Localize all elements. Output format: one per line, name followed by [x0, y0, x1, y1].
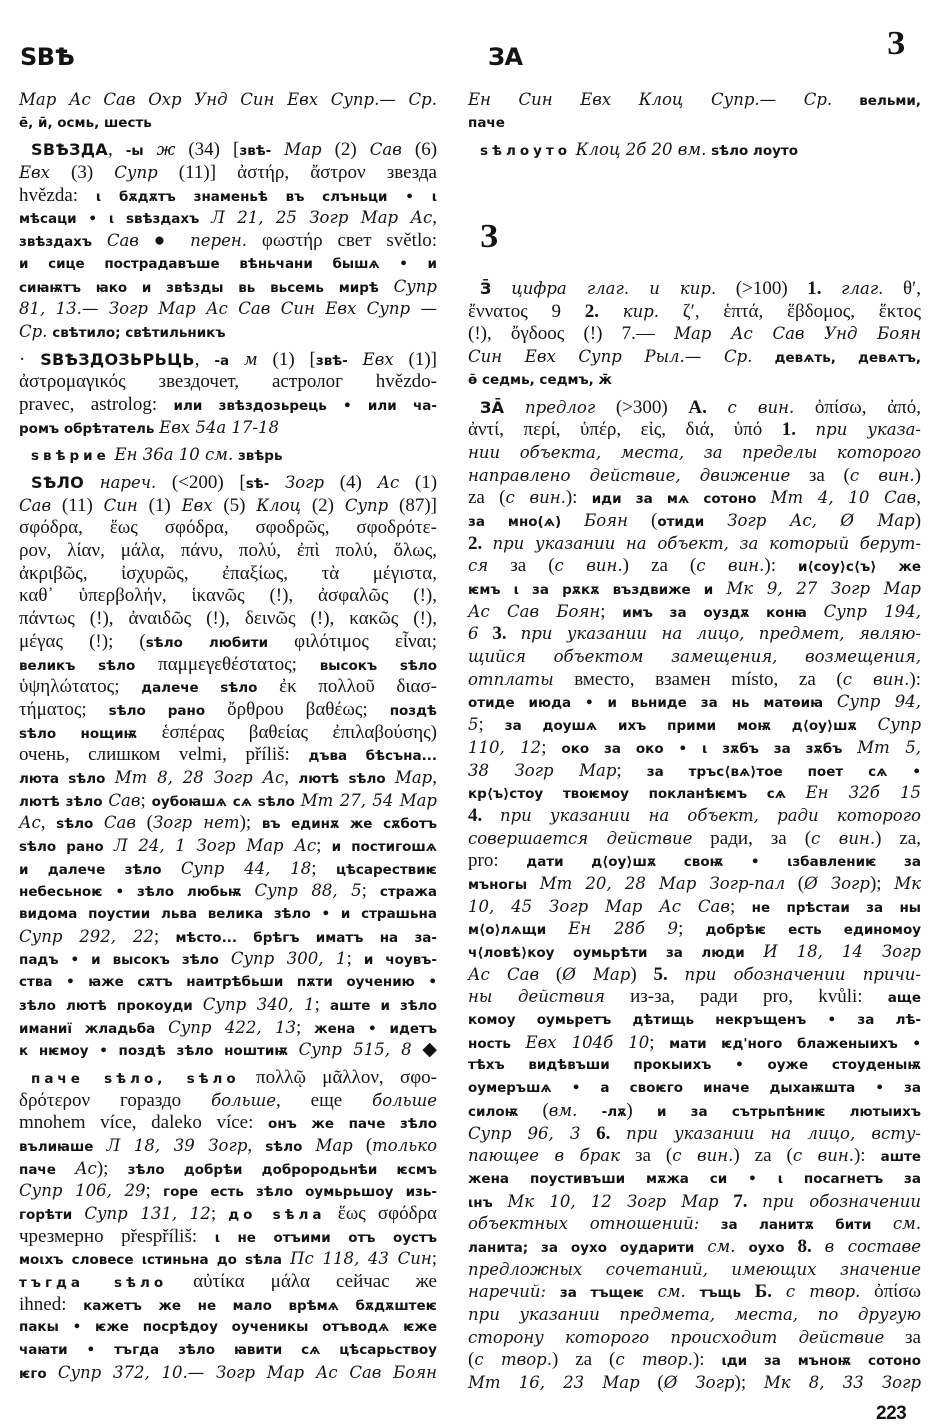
text-line: ἀκριβῶς, ἰσχυρῶς, ἐπαξίως, τὰ μέγιστα, — [19, 563, 437, 586]
italic-annotation: Мк 9, 27 Зогр Мар — [726, 579, 921, 598]
text-run: ihned: — [19, 1294, 83, 1315]
text-run: , — [195, 349, 215, 370]
italic-annotation: Супр — [394, 277, 437, 296]
text-run: , еще — [276, 1090, 372, 1111]
text-line: ἔννατος 9 2. кир. ζ′, ἑπτά, ἕβδομος, ἕκτ… — [468, 301, 921, 324]
headword: ЗА̄ — [480, 398, 504, 417]
text-run: (3) — [50, 162, 114, 183]
italic-annotation: при указании на объект, ради которого — [500, 806, 921, 825]
text-line: жена поустивъши мѫжа си • ι посагнетъ за — [468, 1168, 921, 1191]
text-line: горѣти Супр 131, 12; до ѕѣла ἕως σφόδρα — [19, 1203, 437, 1226]
text-line: З̄ цифра глаг. и кир. (>100) 1. глаг. θ′… — [468, 278, 921, 301]
text-line: ἀστρομαγικός звездочет, астролог hvězdo- — [19, 371, 437, 394]
ocs-citation: моιхъ словесе ιстиньна до ѕѣла — [19, 1252, 290, 1268]
ocs-citation: ѕѣло любити — [146, 635, 268, 651]
text-line: Син Евх Супр Рыл.— Ср. девѧть, девѧтъ, — [468, 346, 921, 369]
text-line: пающее в брак за (с вин.) za (с вин.): а… — [468, 1145, 921, 1168]
dictionary-entry: ѕѣлоуто Клоц 2б 20 вм. ѕѣло лоуто — [468, 139, 921, 162]
ocs-citation: ιди за мъноѭ сотоно — [721, 1353, 921, 1369]
text-line: комоу оумьретъ дѣтищь некръщенъ • за лѣ- — [468, 1009, 921, 1032]
text-line: небесьноѥ • зѣло любьѭ Супр 88, 5; страж… — [19, 880, 437, 903]
ocs-citation: ства • ꙗже сѫтъ наитрѣбьши пѫти оучению … — [19, 974, 437, 990]
text-line: ѕѣло рано Л 24, 1 Зогр Мар Ас; и постиго… — [19, 835, 437, 858]
text-line: моιхъ словесе ιстиньна до ѕѣла Пс 118, 4… — [19, 1248, 437, 1271]
text-line: πάντως (!), ἀναιδῶς (!), δεινῶς (!), κακ… — [19, 608, 437, 631]
ocs-citation: ιнъ — [468, 1195, 507, 1211]
italic-annotation: Клоц — [256, 496, 301, 515]
ocs-citation: мъногы — [468, 877, 540, 893]
ocs-citation: ѕѣло лоуто — [711, 143, 798, 159]
text-run: ) — [915, 465, 921, 486]
ocs-citation: ѕѣло рано — [19, 839, 114, 855]
italic-annotation: Зогр Ас, Ø Мар — [727, 511, 914, 530]
text-line: 38 Зогр Мар; за тръс⟨вѧ⟩тое поет сѧ • — [468, 760, 921, 783]
ocs-citation: оумеръшѧ • а своѥго иначе дыхаѭшта • за — [468, 1080, 921, 1096]
text-line: Ас Сав Боян; имъ за оуздѫ конꙗ Супр 194, — [468, 601, 921, 624]
text-line: 5; за доушѧ ихъ прими моѭ д⟨оу⟩шѫ Супр — [468, 714, 921, 737]
running-head-letter: З — [887, 27, 905, 61]
italic-annotation: Ø Зогр — [664, 1373, 735, 1392]
text-line: · ЅВѢЗДОЗЬРЬЦЬ, -а м (1) [звѣ- Евх (1)] — [19, 349, 437, 372]
italic-annotation: м — [244, 350, 258, 369]
italic-annotation: Супр 106, 29 — [19, 1181, 146, 1200]
ocs-citation: не прѣстаи за ны — [752, 900, 921, 916]
ocs-citation: тѣхъ видѣвъши прокыихъ • оуже стоуденыѭ — [468, 1057, 921, 1073]
italic-annotation: щийся объектом замещения, возмещения, — [468, 647, 921, 666]
sense-number: 8. — [797, 1236, 811, 1257]
text-line: καθ᾽ ὑπερβολήν, ἱκανῶς (!), ἀσφαλῶς (!), — [19, 585, 437, 608]
page-number: 223 — [876, 1404, 906, 1423]
italic-annotation: предлог — [525, 398, 595, 417]
text-run: ; — [678, 918, 705, 939]
italic-annotation: Супр 96, 3 — [468, 1124, 580, 1143]
text-line: сиꙗѭтъ ꙗко и звѣзды вь вьсемь мирѣ Супр — [19, 276, 437, 299]
italic-annotation: отплаты — [468, 670, 554, 689]
sense-number: Б. — [755, 1281, 772, 1302]
ocs-citation: далече ѕѣло — [141, 680, 257, 696]
text-line: совершается действие ради, за (с вин.) z… — [468, 828, 921, 851]
text-run: ) za, — [875, 828, 921, 849]
text-line: нии объекта, места, за пределы которого — [468, 442, 921, 465]
italic-annotation: Мар — [395, 768, 432, 787]
text-run: ( — [628, 510, 657, 531]
text-run: ) — [915, 510, 921, 531]
text-line: сторону которого происходит действие за — [468, 1327, 921, 1350]
text-run: (5) — [213, 495, 257, 516]
ocs-citation: ность — [468, 1036, 526, 1052]
text-run: ● — [139, 230, 190, 251]
text-line: ѥмъ ι за рѫкѫ въздвиже и Мк 9, 27 Зогр М… — [468, 578, 921, 601]
ocs-citation: ѕѣло — [56, 816, 104, 832]
text-run: ; — [140, 790, 151, 811]
text-run — [479, 623, 493, 644]
italic-annotation: с вин. — [555, 556, 623, 575]
text-run: ; — [649, 1032, 669, 1053]
text-run: ) za ( — [552, 1349, 615, 1370]
italic-annotation: при указании на лицо, предмет, являю- — [521, 624, 921, 643]
italic-annotation: Мар Ас Сав Унд Боян — [674, 324, 921, 343]
italic-annotation: Мар — [315, 1136, 352, 1155]
italic-annotation: 38 Зогр Мар — [468, 761, 616, 780]
italic-annotation: при указа- — [816, 420, 921, 439]
text-line: μέγας (!); (ѕѣло любити φιλότιμος εἶναι; — [19, 631, 437, 654]
text-line: ἀντί, περί, ὑπέρ, εἰς, διά, ὑπό 1. при у… — [468, 419, 921, 442]
italic-annotation: Сав — [19, 496, 51, 515]
text-line: (с твор.) za (с твор.): ιди за мъноѭ сот… — [468, 1349, 921, 1372]
dictionary-entry: Ен Син Евх Клоц Супр.— Ср. вельми,паче — [468, 89, 921, 134]
italic-annotation: 81, 13.— Зогр Мар Ас Сав Син Евх Супр — — [19, 299, 437, 318]
ocs-citation: видома поустии льва велика зѣло • и стра… — [19, 906, 437, 922]
subheadword: тъгда ѕѣло — [19, 1275, 167, 1291]
text-run: (>300) — [595, 397, 688, 418]
italic-annotation: 10, 45 Зогр Мар Ас Сав — [468, 897, 730, 916]
italic-annotation: при обозначении — [762, 1192, 921, 1211]
ocs-citation: иди за мѧ сотоно — [592, 491, 771, 507]
text-run — [348, 349, 363, 370]
text-run: ) — [626, 1100, 657, 1121]
ocs-citation: и за сътрьпѣниѥ лютыихъ — [657, 1104, 921, 1120]
text-line: кр⟨ъ⟩стоу твоѥмоу покланѣѥмъ сѧ Ен 32б 1… — [468, 782, 921, 805]
italic-annotation: Ас Сав Боян — [468, 602, 600, 621]
text-run: ради, за ( — [692, 828, 811, 849]
text-run: hvězda: — [19, 185, 96, 206]
italic-annotation: с вин. — [793, 1146, 854, 1165]
ocs-citation: ι бѫдѫтъ знаменьѣ въ слъньци • ι — [96, 189, 437, 205]
ocs-citation: пакы • ѥже посрѣдоу оученикы отъводѧ ѥже — [19, 1319, 437, 1335]
ocs-citation: ромъ обрѣтатель — [19, 421, 159, 437]
text-run: πάντως (!), ἀναιδῶς (!), δεινῶς (!), κακ… — [19, 608, 437, 629]
text-line: ὑψηλώτατος; далече ѕѣло ἐκ πολλοῦ διασ- — [19, 676, 437, 699]
italic-annotation: Ас Сав — [468, 965, 539, 984]
text-line: ρον, λίαν, μάλα, πάνυ, πολύ, ἐπὶ πολύ, ὅ… — [19, 540, 437, 563]
italic-annotation: Л 24, 1 Зогр Мар Ас — [114, 836, 316, 855]
italic-annotation: Ас — [19, 813, 41, 832]
ocs-citation: небесьноѥ • зѣло любьѭ — [19, 884, 254, 900]
text-line: пакы • ѥже посрѣдоу оученикы отъводѧ ѥже — [19, 1316, 437, 1339]
text-run: (11)] ἀστήρ, ἄστρον звезда — [158, 162, 437, 183]
text-run: ; — [616, 760, 646, 781]
ocs-citation: ч⟨ловѣ⟩коу оумьрѣти за люди — [468, 945, 763, 961]
ocs-citation: ѕѣ- — [246, 476, 270, 492]
italic-annotation: Мт 20, 28 Мар Зогр-пал — [540, 874, 785, 893]
text-line: отиде июда • и вьниде за нь матѳиꙗ Супр … — [468, 691, 921, 714]
text-run: из-за, ради pro, kvůli: — [605, 986, 888, 1007]
sense-number: 7. — [733, 1191, 747, 1212]
text-run: (4) — [324, 472, 377, 493]
ocs-citation: ѥго — [19, 1366, 58, 1382]
italic-annotation: совершается действие — [468, 829, 692, 848]
text-line: ѥго Супр 372, 10.— Зогр Мар Ас Сав Боян — [19, 1362, 437, 1385]
italic-annotation: Супр — [878, 715, 921, 734]
text-run: ἑσπέρας βαθείας ἐπιλαβούσης) — [137, 722, 437, 743]
text-run: (11) — [51, 495, 104, 516]
subheadword: паче ѕѣло, ѕѣло — [31, 1071, 240, 1087]
italic-annotation: наречий: — [468, 1282, 546, 1301]
italic-annotation: Сав — [104, 813, 136, 832]
text-line: лютѣ зѣло Сав; оубоꙗшѧ сѧ ѕѣло Мт 27, 54… — [19, 790, 437, 813]
text-line: Евх (3) Супр (11)] ἀστήρ, ἄστρον звезда — [19, 162, 437, 185]
text-run: ; — [600, 601, 622, 622]
text-run: παμμεγεθέστατος; — [135, 654, 319, 675]
text-line: ность Евх 104б 10; мати ѥд'ного блаженыи… — [468, 1032, 921, 1055]
italic-annotation: Супр 292, 22 — [19, 927, 154, 946]
italic-annotation: см. — [893, 1214, 921, 1233]
text-run: ; — [316, 835, 332, 856]
italic-annotation: с вин. — [850, 466, 915, 485]
text-line: тѣхъ видѣвъши прокыихъ • оуже стоуденыѭ — [468, 1054, 921, 1077]
ocs-citation: за тъщеѥ — [560, 1285, 658, 1301]
text-line: вълиꙗше Л 18, 39 Зогр, ѕѣло Мар (только — [19, 1135, 437, 1158]
text-run — [822, 278, 842, 299]
text-run — [699, 1213, 720, 1234]
text-run: , — [247, 1135, 265, 1156]
ocs-citation: стража — [380, 884, 437, 900]
italic-annotation: только — [372, 1136, 437, 1155]
sense-number: 1. — [782, 419, 796, 440]
text-run: , — [108, 139, 126, 160]
text-run: , — [432, 207, 437, 228]
text-run: ; — [541, 737, 561, 758]
italic-annotation: с вин. — [843, 670, 910, 689]
text-line: Ср. свѣтило; свѣтильникъ — [19, 321, 437, 344]
italic-annotation: вм. — [549, 1101, 578, 1120]
ocs-citation: сиꙗѭтъ ꙗко и звѣзды вь вьсемь мирѣ — [19, 280, 394, 296]
ocs-citation: ι не отъими отъ оустъ — [215, 1230, 437, 1246]
text-run: ( — [136, 812, 153, 833]
text-run: ; — [362, 880, 380, 901]
ocs-citation: паче — [19, 1162, 75, 1178]
text-run: (>100) — [716, 278, 807, 299]
text-run: (2) — [322, 139, 370, 160]
text-line: δρότερον гораздо больше, еще больше — [19, 1090, 437, 1113]
italic-annotation: объектных отношений: — [468, 1214, 699, 1233]
text-run: ; — [146, 1180, 164, 1201]
ocs-citation: око за око • ι зѫбъ за зѫбъ — [561, 741, 857, 757]
text-run — [482, 805, 500, 826]
text-run: ); — [735, 1372, 764, 1393]
ocs-citation: дъва бѣсъна... — [308, 748, 437, 764]
italic-annotation: Евх — [182, 496, 213, 515]
ocs-citation: отиди — [657, 514, 727, 530]
ocs-citation: ѳ̄ седмь, седмъ, ж̄ — [468, 372, 612, 388]
ocs-citation: девѧть, девѧтъ, — [775, 350, 921, 366]
italic-annotation: Мк 8, 33 Зогр — [764, 1373, 921, 1392]
text-run: ): — [909, 669, 921, 690]
italic-annotation: ся — [468, 556, 488, 575]
italic-annotation: перен. — [190, 231, 247, 250]
ocs-citation: дати д⟨оу⟩шѫ своѭ • ιзбавлениѥ за — [526, 854, 921, 870]
sense-number: 4. — [468, 805, 482, 826]
italic-annotation: с твор. — [786, 1282, 861, 1301]
text-run: δρότερον гораздо — [19, 1090, 211, 1111]
text-line: Ен Син Евх Клоц Супр.— Ср. вельми, — [468, 89, 921, 112]
right-column: Ен Син Евх Клоц Супр.— Ср. вельми,пачеѕѣ… — [468, 89, 921, 1395]
ocs-citation: онъ же паче зѣло — [268, 1116, 437, 1132]
italic-annotation: Супр 131, 12 — [84, 1204, 210, 1223]
ocs-citation: мѣсто... брѣгъ иматъ на за- — [176, 930, 438, 946]
italic-annotation: при обозначении причи- — [685, 965, 921, 984]
ocs-citation: люта ѕѣло — [19, 771, 115, 787]
text-line: τήματος; ѕѣло рано ὄρθρου βαθέως; поздѣ — [19, 699, 437, 722]
italic-annotation: Мк — [894, 874, 921, 893]
text-line: чрезмерно přespříliš: ι не отъими отъ оу… — [19, 1226, 437, 1249]
dictionary-entry: ЅВѢЗДА, -ы ж (34) [звѣ- Мар (2) Сав (6)Е… — [19, 139, 437, 343]
text-run: за ( — [488, 555, 554, 576]
text-run: ; — [315, 994, 330, 1015]
text-run: ἀκριβῶς, ἰσχυρῶς, ἐπαξίως, τὰ μέγιστα, — [19, 563, 437, 584]
text-run: ἔννατος 9 — [468, 301, 585, 322]
ocs-citation: к нѥмоу • поздѣ зѣло ноштиѭ — [19, 1043, 299, 1059]
text-run: αὐτίκα μάλα сейчас же — [167, 1271, 437, 1292]
text-run: ; — [730, 896, 752, 917]
italic-annotation: Супр 94, — [837, 692, 921, 711]
ocs-citation: ланита; за оухо оударити — [468, 1240, 707, 1256]
text-run — [271, 139, 284, 160]
ocs-citation: ѥмъ ι за рѫкѫ въздвиже и — [468, 582, 726, 598]
sense-number: 3. — [492, 623, 506, 644]
text-run: ρον, λίαν, μάλα, πάνυ, πολύ, ἐπὶ πολύ, ὅ… — [19, 540, 437, 561]
text-run — [504, 397, 525, 418]
ocs-citation: въ единѫ же сѫботъ — [262, 816, 437, 832]
text-run: ; — [479, 714, 505, 735]
italic-annotation: Супр 88, 5 — [254, 881, 361, 900]
italic-annotation: Мт 8, 28 Зогр Ас — [115, 768, 285, 787]
ocs-citation: падъ • и высокъ зѣло — [19, 952, 231, 968]
italic-annotation: Клоц 2б 20 вм. — [576, 140, 707, 159]
text-line: za (с вин.): иди за мѧ сотоно Мт 4, 10 С… — [468, 487, 921, 510]
text-run — [144, 139, 157, 160]
text-line: Супр 96, 3 6. при указании на лицо, всту… — [468, 1123, 921, 1146]
text-run — [492, 278, 512, 299]
italic-annotation: при указании предмета, места, по другую — [468, 1305, 921, 1324]
text-run: · — [19, 349, 40, 370]
ocs-citation: жена • идетъ — [314, 1021, 437, 1037]
italic-annotation: Ø Зогр — [804, 874, 870, 893]
italic-annotation: с вин. — [811, 829, 875, 848]
sense-number: 5. — [653, 964, 667, 985]
text-run: очень, слишком velmi, příliš: — [19, 744, 308, 765]
text-run: ); — [240, 812, 262, 833]
ocs-citation: горѣти — [19, 1207, 84, 1223]
text-line: м⟨о⟩лѧщи Ен 28б 9; добрѣѥ есть единомоу — [468, 918, 921, 941]
italic-annotation: Мт 5, — [857, 738, 921, 757]
text-run — [580, 1123, 596, 1144]
text-run: ὀπίσω — [860, 1281, 921, 1302]
ocs-citation: звѣздахъ — [19, 234, 107, 250]
text-line: щийся объектом замещения, возмещения, — [468, 646, 921, 669]
text-line: mnohem více, daleko více: онъ же паче зѣ… — [19, 1112, 437, 1135]
text-run: , — [916, 487, 921, 508]
italic-annotation: Евх 104б 10 — [526, 1033, 650, 1052]
italic-annotation: кир. — [623, 302, 659, 321]
text-run: (!), ὄγδοος (!) 7.— — [468, 323, 674, 344]
text-line: ѳ̄ седмь, седмъ, ж̄ — [468, 369, 921, 392]
text-run — [507, 623, 521, 644]
italic-annotation: ны действия — [468, 987, 605, 1006]
ocs-citation: аште — [881, 1149, 921, 1165]
italic-annotation: Сав — [108, 791, 140, 810]
text-line: за мно(ѧ) Боян (отиди Зогр Ас, Ø Мар) — [468, 510, 921, 533]
text-line: при указании предмета, места, по другую — [468, 1304, 921, 1327]
text-line: очень, слишком velmi, příliš: дъва бѣсън… — [19, 744, 437, 767]
subheadword: ѕвѣрие — [31, 448, 110, 464]
italic-annotation: сторону которого происходит действие — [468, 1328, 884, 1347]
text-run: μέγας (!); ( — [19, 631, 146, 652]
ocs-citation: за доушѧ ихъ прими моѭ д⟨оу⟩шѫ — [505, 718, 878, 734]
text-run: πολλῷ μᾶλλον, σφο- — [240, 1067, 437, 1088]
ocs-citation: е̄, ӣ, осмь, шесть — [19, 115, 152, 131]
ocs-citation: иманиї жладьба — [19, 1021, 168, 1037]
italic-annotation: Супр 44, 18 — [181, 859, 311, 878]
ocs-citation: аще — [888, 990, 921, 1006]
text-run: (<200) [ — [156, 472, 245, 493]
italic-annotation: Л 18, 39 Зогр — [107, 1136, 248, 1155]
ocs-citation: -а — [214, 353, 229, 369]
italic-annotation: Сав — [107, 231, 139, 250]
italic-annotation: Зогр — [285, 473, 324, 492]
text-line: ѕѣло нощиѭ ἑσπέρας βαθείας ἐπιλαβούσης) — [19, 722, 437, 745]
text-run — [735, 1236, 748, 1257]
italic-annotation: Син Евх Супр Рыл.— Ср. — [468, 347, 752, 366]
italic-annotation: И 18, 14 Зогр — [763, 942, 921, 961]
text-line: и сице пострадавъше вѣньчани бышѧ • и — [19, 253, 437, 276]
running-head-left: ЅВѢ — [20, 45, 74, 69]
ocs-citation: высокъ ѕѣло — [320, 658, 437, 674]
italic-annotation: направлено действие, движение — [468, 466, 790, 485]
text-run: ) za ( — [733, 1145, 793, 1166]
ocs-citation: зѣло добрѣи доброродьнѣи ѥсмъ — [128, 1162, 437, 1178]
text-line: 110, 12; око за око • ι зѫбъ за зѫбъ Мт … — [468, 737, 921, 760]
italic-annotation: в составе — [825, 1237, 921, 1256]
section-letter-heading: З — [468, 162, 921, 278]
ocs-citation: за ланитѫ бити — [721, 1217, 893, 1233]
italic-annotation: глаг. — [841, 279, 883, 298]
text-run: θ′, — [883, 278, 921, 299]
italic-annotation: предложных сочетаний, имеющих значение — [468, 1260, 921, 1279]
text-line: видома поустии льва велика зѣло • и стра… — [19, 903, 437, 926]
text-run: φιλότιμος εἶναι; — [268, 631, 437, 652]
text-line: ромъ обрѣтатель Евх 54а 17-18 — [19, 417, 437, 440]
subheadword: ѕѣлоуто — [480, 143, 571, 159]
italic-annotation: пающее в брак — [468, 1146, 620, 1165]
ocs-citation: лютѣ зѣло — [19, 794, 108, 810]
sense-number: 6. — [596, 1123, 610, 1144]
italic-annotation: см. — [658, 1282, 686, 1301]
italic-annotation: больше — [372, 1091, 437, 1110]
text-line: ч⟨ловѣ⟩коу оумьрѣти за люди И 18, 14 Зог… — [468, 941, 921, 964]
ocs-citation: за тръс⟨вѧ⟩тое поет сѧ • — [647, 764, 921, 780]
italic-annotation: Супр 194, — [824, 602, 921, 621]
text-line: мъногы Мт 20, 28 Мар Зогр-пал (Ø Зогр); … — [468, 873, 921, 896]
text-line: ѕвѣрие Ен 36а 10 см. звѣрь — [19, 444, 437, 467]
italic-annotation: нии объекта, места, за пределы которого — [468, 443, 921, 462]
text-run: ἐκ πολλοῦ διασ- — [257, 676, 437, 697]
dictionary-entry: Мар Ас Сав Охр Унд Син Евх Супр.— Ср.е̄,… — [19, 89, 437, 134]
text-run — [668, 964, 685, 985]
headword: ЅВѢЗДОЗЬРЬЦЬ — [40, 350, 195, 369]
text-run: ): — [854, 1145, 881, 1166]
text-run: , — [432, 767, 437, 788]
text-line: hvězda: ι бѫдѫтъ знаменьѣ въ слъньци • ι — [19, 185, 437, 208]
ocs-citation: лютѣ ѕѣло — [298, 771, 395, 787]
text-run: φωστήρ свет světlo: — [247, 230, 437, 251]
italic-annotation: Пс 118, 43 Син — [290, 1249, 432, 1268]
text-line: Мт 16, 23 Мар (Ø Зогр); Мк 8, 33 Зогр — [468, 1372, 921, 1395]
text-line: отплаты вместо, взамен místo, za (с вин.… — [468, 669, 921, 692]
italic-annotation: с вин. — [727, 398, 794, 417]
text-run: ζ′, ἑπτά, ἕβδομος, ἕκτος — [659, 301, 921, 322]
ocs-citation: цѣсарествиѥ — [336, 862, 437, 878]
